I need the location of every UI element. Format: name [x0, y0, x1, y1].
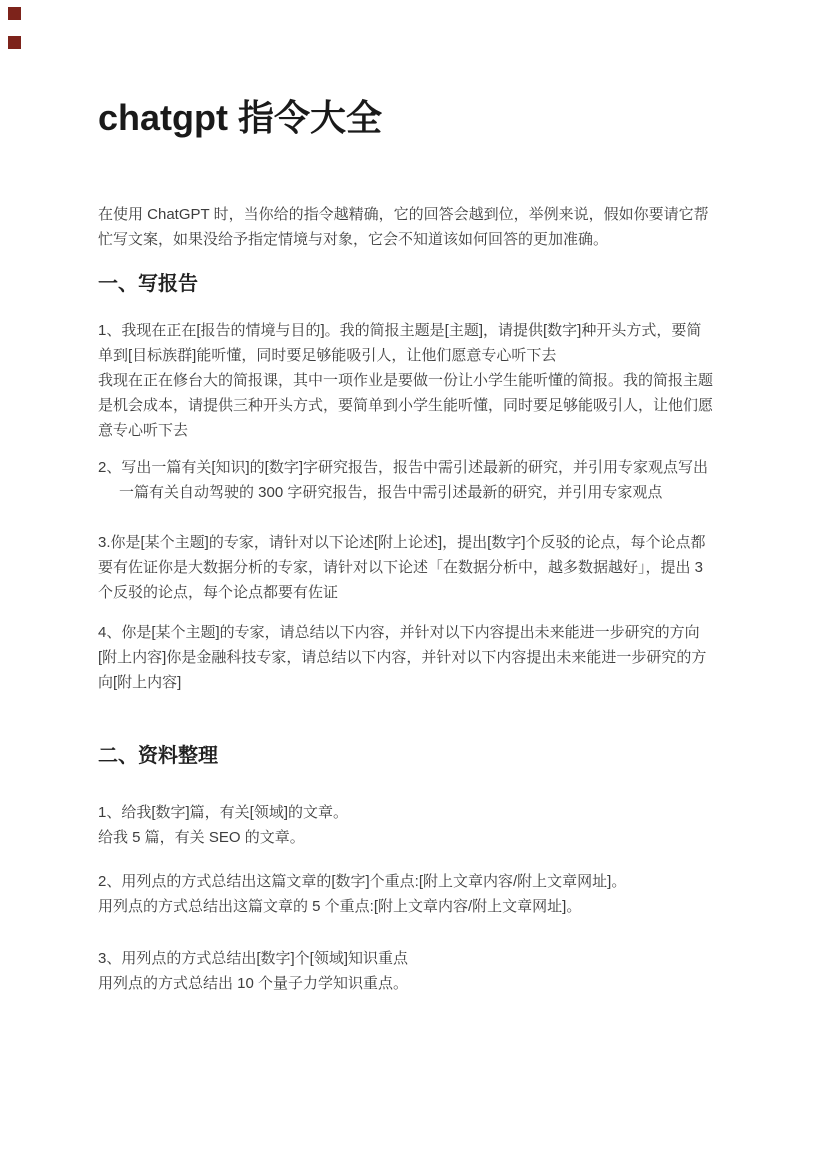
text-line: 1、我现在正在[报告的情境与目的]。我的简报主题是[主题]，请提供[数字]种开头…: [98, 318, 758, 343]
section-1-item-1-prompt: 1、我现在正在[报告的情境与目的]。我的简报主题是[主题]，请提供[数字]种开头…: [98, 318, 758, 368]
text-line: 个反驳的论点，每个论点都要有佐证: [98, 580, 758, 605]
text-line: 忙写文案，如果没给予指定情境与对象，它会不知道该如何回答的更加准确。: [98, 227, 758, 252]
annotation-square-top: [8, 7, 21, 20]
page-title: chatgpt 指令大全: [98, 99, 758, 137]
text-line: 意专心听下去: [98, 418, 758, 443]
text-line: 2、用列点的方式总结出这篇文章的[数字]个重点:[附上文章内容/附上文章网址]。: [98, 869, 758, 894]
intro-paragraph: 在使用 ChatGPT 时，当你给的指令越精确，它的回答会越到位，举例来说，假如…: [98, 202, 758, 252]
text-line: 2、写出一篇有关[知识]的[数字]字研究报告，报告中需引述最新的研究，并引用专家…: [98, 455, 758, 480]
text-line: 用列点的方式总结出 10 个量子力学知识重点。: [98, 971, 758, 996]
section-2-item-2: 2、用列点的方式总结出这篇文章的[数字]个重点:[附上文章内容/附上文章网址]。…: [98, 869, 758, 919]
text-line: 是机会成本，请提供三种开头方式，要简单到小学生能听懂，同时要足够能吸引人，让他们…: [98, 393, 758, 418]
text-line: 我现在正在修台大的简报课，其中一项作业是要做一份让小学生能听懂的简报。我的简报主…: [98, 368, 758, 393]
text-line: 3、用列点的方式总结出[数字]个[领域]知识重点: [98, 946, 758, 971]
text-line: 在使用 ChatGPT 时，当你给的指令越精确，它的回答会越到位，举例来说，假如…: [98, 202, 758, 227]
text-line: [附上内容]你是金融科技专家，请总结以下内容，并针对以下内容提出未来能进一步研究…: [98, 645, 758, 670]
text-line: 3.你是[某个主题]的专家，请针对以下论述[附上论述]，提出[数字]个反驳的论点…: [98, 530, 758, 555]
text-line: 向[附上内容]: [98, 670, 758, 695]
section-2-item-1: 1、给我[数字]篇，有关[领域]的文章。 给我 5 篇，有关 SEO 的文章。: [98, 800, 758, 850]
text-line: 单到[目标族群]能听懂，同时要足够能吸引人，让他们愿意专心听下去: [98, 343, 758, 368]
annotation-square-bottom: [8, 36, 21, 49]
section-2-heading: 二、资料整理: [98, 744, 758, 769]
section-1-item-2: 2、写出一篇有关[知识]的[数字]字研究报告，报告中需引述最新的研究，并引用专家…: [98, 455, 758, 505]
section-1-item-4: 4、你是[某个主题]的专家，请总结以下内容，并针对以下内容提出未来能进一步研究的…: [98, 620, 758, 695]
text-line: 用列点的方式总结出这篇文章的 5 个重点:[附上文章内容/附上文章网址]。: [98, 894, 758, 919]
section-1-item-3: 3.你是[某个主题]的专家，请针对以下论述[附上论述]，提出[数字]个反驳的论点…: [98, 530, 758, 605]
section-1-heading: 一、写报告: [98, 272, 758, 297]
document-page: chatgpt 指令大全 在使用 ChatGPT 时，当你给的指令越精确，它的回…: [0, 0, 758, 996]
section-2-item-3: 3、用列点的方式总结出[数字]个[领域]知识重点 用列点的方式总结出 10 个量…: [98, 946, 758, 996]
text-line: 给我 5 篇，有关 SEO 的文章。: [98, 825, 758, 850]
text-line: 一篇有关自动驾驶的 300 字研究报告，报告中需引述最新的研究，并引用专家观点: [98, 480, 758, 505]
text-line: 要有佐证你是大数据分析的专家，请针对以下论述「在数据分析中，越多数据越好」，提出…: [98, 555, 758, 580]
text-line: 4、你是[某个主题]的专家，请总结以下内容，并针对以下内容提出未来能进一步研究的…: [98, 620, 758, 645]
section-1-item-1-example: 我现在正在修台大的简报课，其中一项作业是要做一份让小学生能听懂的简报。我的简报主…: [98, 368, 758, 443]
text-line: 1、给我[数字]篇，有关[领域]的文章。: [98, 800, 758, 825]
